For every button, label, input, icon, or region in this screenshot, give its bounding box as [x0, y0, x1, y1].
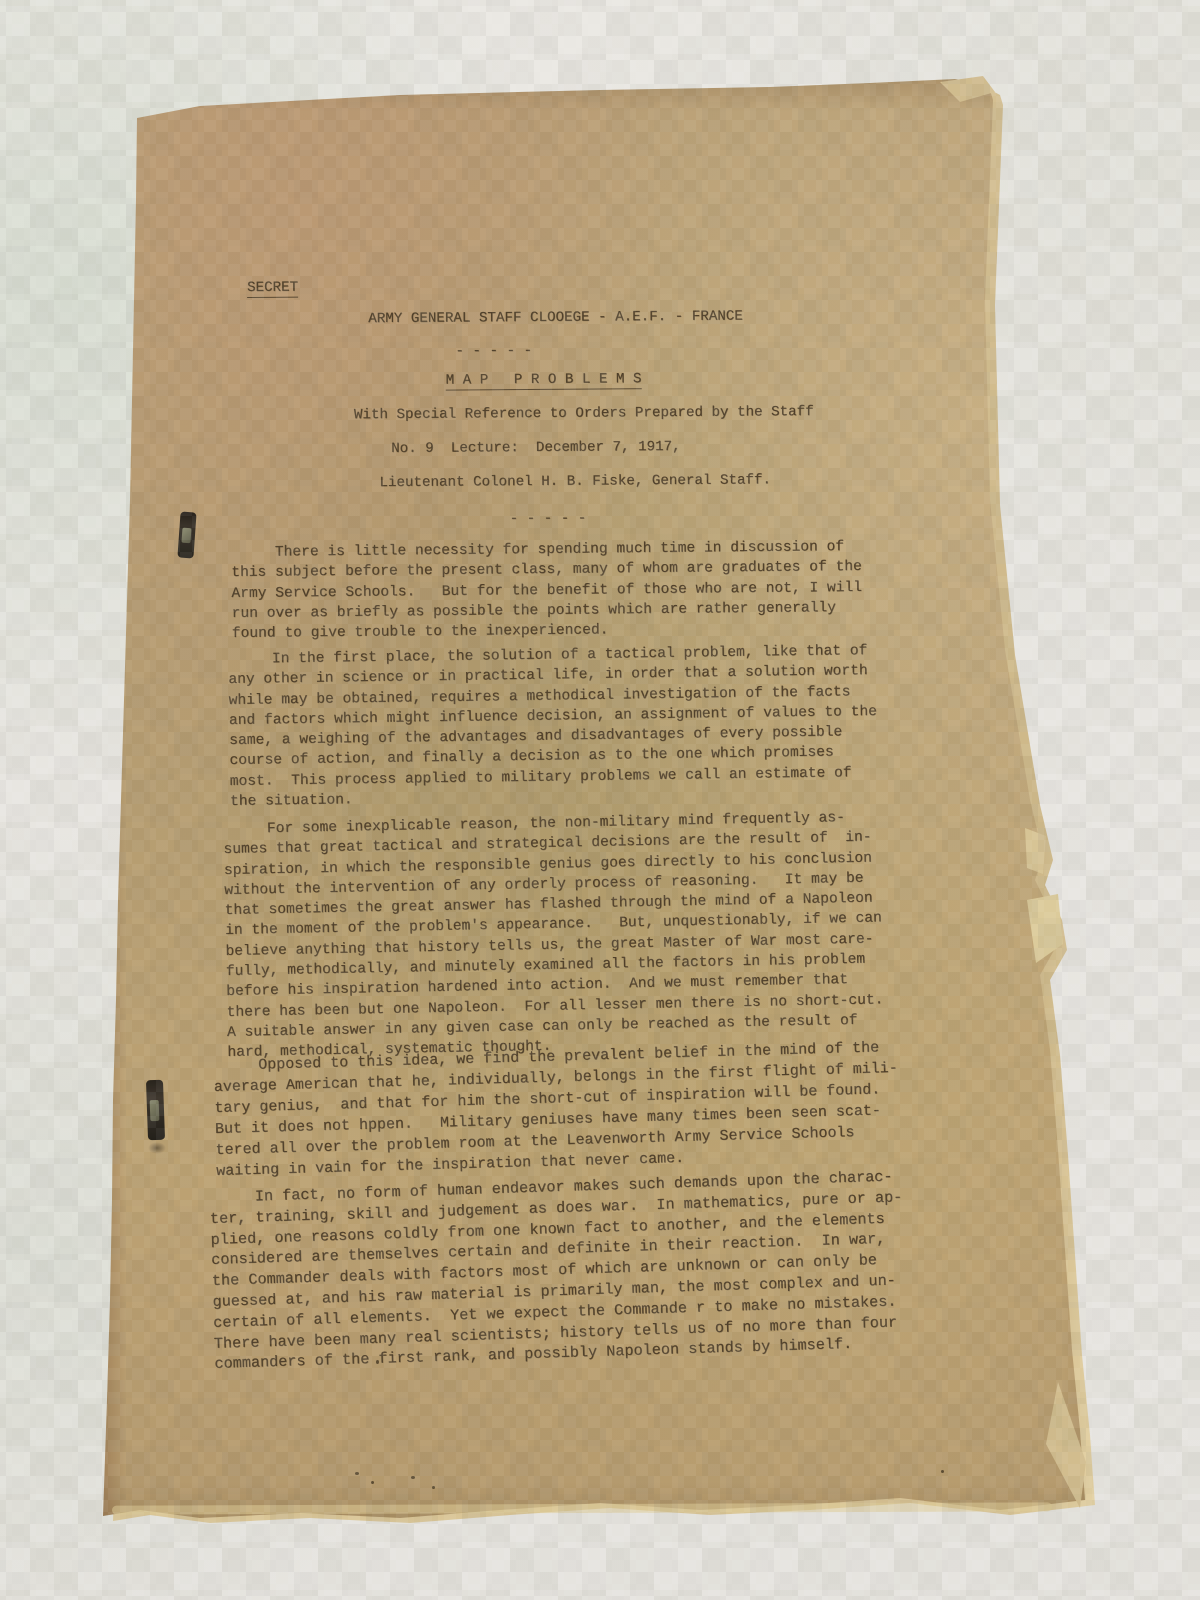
paragraph-3: For some inexplicable reason, the non-mi… — [223, 807, 884, 1063]
paragraph-2: In the first place, the solution of a ta… — [228, 641, 878, 812]
staple-bottom — [146, 1080, 165, 1141]
ink-speck — [355, 1472, 359, 1475]
document-header: SECRET ARMY GENERAL STAFF CLOOEGE - A.E.… — [247, 276, 869, 540]
separator-dashes: - - - - - — [455, 343, 532, 360]
classification-stamp: SECRET — [247, 280, 298, 296]
ink-speck — [371, 1481, 374, 1484]
staple-top — [177, 511, 196, 558]
paragraph-4: Opposed to this idea, we find the preval… — [213, 1037, 900, 1182]
photo-background: SECRET ARMY GENERAL STAFF CLOOEGE - A.E.… — [0, 0, 1200, 1600]
ink-speck — [941, 1470, 944, 1473]
author-line: Lieutenant Colonel H. B. Fiske, General … — [379, 472, 771, 491]
ink-speck — [432, 1486, 435, 1489]
paragraph-1: There is little necessity for spending m… — [231, 537, 863, 645]
doc-title: M A P P R O B L E M S — [446, 371, 642, 388]
lecture-line: No. 9 Lecture: December 7, 1917, — [391, 439, 681, 457]
institution-line: ARMY GENERAL STAFF CLOOEGE - A.E.F. - FR… — [368, 309, 743, 328]
staple-smudge — [148, 1142, 166, 1154]
ink-speck — [411, 1476, 415, 1479]
separator-dashes: - - - - - — [510, 511, 587, 528]
paragraph-5: In fact, no form of human endeavor makes… — [209, 1166, 907, 1375]
doc-subtitle: With Special Reference to Orders Prepare… — [354, 404, 814, 423]
